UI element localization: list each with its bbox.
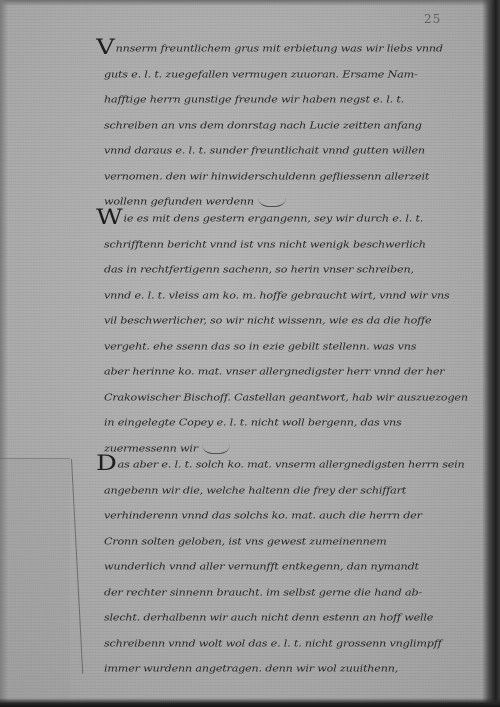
text-line: guts e. l. t. zuegefallen vermugen zuuor…	[96, 64, 476, 85]
initial-letter: V	[96, 38, 115, 59]
text-line: Crakowischer Bischoff. Castellan geantwo…	[96, 387, 476, 408]
text-line: vil beschwerlicher, so wir nicht wissenn…	[96, 310, 476, 331]
text-line: Das aber e. l. t. solch ko. mat. vnserm …	[96, 454, 476, 475]
text-line: das in rechtfertigenn sachenn, so herin …	[96, 259, 476, 280]
text-line: verhinderenn vnnd das solchs ko. mat. au…	[96, 505, 476, 526]
text-line: der rechter sinnenn braucht. im selbst g…	[96, 582, 476, 603]
text-line: angebenn wir die, welche haltenn die fre…	[96, 480, 476, 501]
text-line: vergeht. ehe ssenn das so in ezie gebilt…	[96, 336, 476, 357]
text-line: schreiben an vns dem donrstag nach Lucie…	[96, 115, 476, 136]
text-line: Wie es mit dens gestern ergangenn, sey w…	[96, 208, 476, 229]
initial-letter: D	[96, 454, 117, 475]
text-line: vnnd daraus e. l. t. sunder freuntlichai…	[96, 140, 476, 161]
text-line: vnnd e. l. t. vleiss am ko. m. hoffe geb…	[96, 285, 476, 306]
pasted-paper-slip	[0, 458, 70, 699]
text-line: wunderlich vnnd aller vernunfft entkegen…	[96, 556, 476, 577]
text-line: in eingelegte Copey e. l. t. nicht woll …	[96, 412, 476, 433]
text-line: immer wurdenn angetragen. denn wir wol z…	[96, 658, 476, 679]
text-line: vernomen. den wir hinwiderschuldenn gefl…	[96, 166, 476, 187]
paragraph-response: Das aber e. l. t. solch ko. mat. vnserm …	[96, 452, 476, 682]
text-line: aber herinne ko. mat. vnser allergnedigs…	[96, 361, 476, 382]
manuscript-page: 25 Vnnserm freuntlichem grus mit erbietu…	[0, 0, 500, 707]
page-edge-bottom	[0, 698, 500, 707]
initial-letter: W	[96, 208, 123, 229]
text-line: Cronn solten geloben, ist vns gewest zum…	[96, 531, 476, 552]
text-line: Vnnserm freuntlichem grus mit erbietung …	[96, 38, 476, 59]
text-line: schreibenn vnnd wolt wol das e. l. t. ni…	[96, 633, 476, 654]
paragraph-report: Wie es mit dens gestern ergangenn, sey w…	[96, 206, 476, 461]
binding-edge	[482, 0, 500, 707]
text-line: hafftige herrn gunstige freunde wir habe…	[96, 89, 476, 110]
folio-number: 25	[424, 12, 441, 26]
paragraph-greeting: Vnnserm freuntlichem grus mit erbietung …	[96, 36, 476, 215]
text-line: schrifftenn bericht vnnd ist vns nicht w…	[96, 234, 476, 255]
text-line: slecht. derhalbenn wir auch nicht denn e…	[96, 607, 476, 628]
page-edge-top	[0, 0, 500, 6]
